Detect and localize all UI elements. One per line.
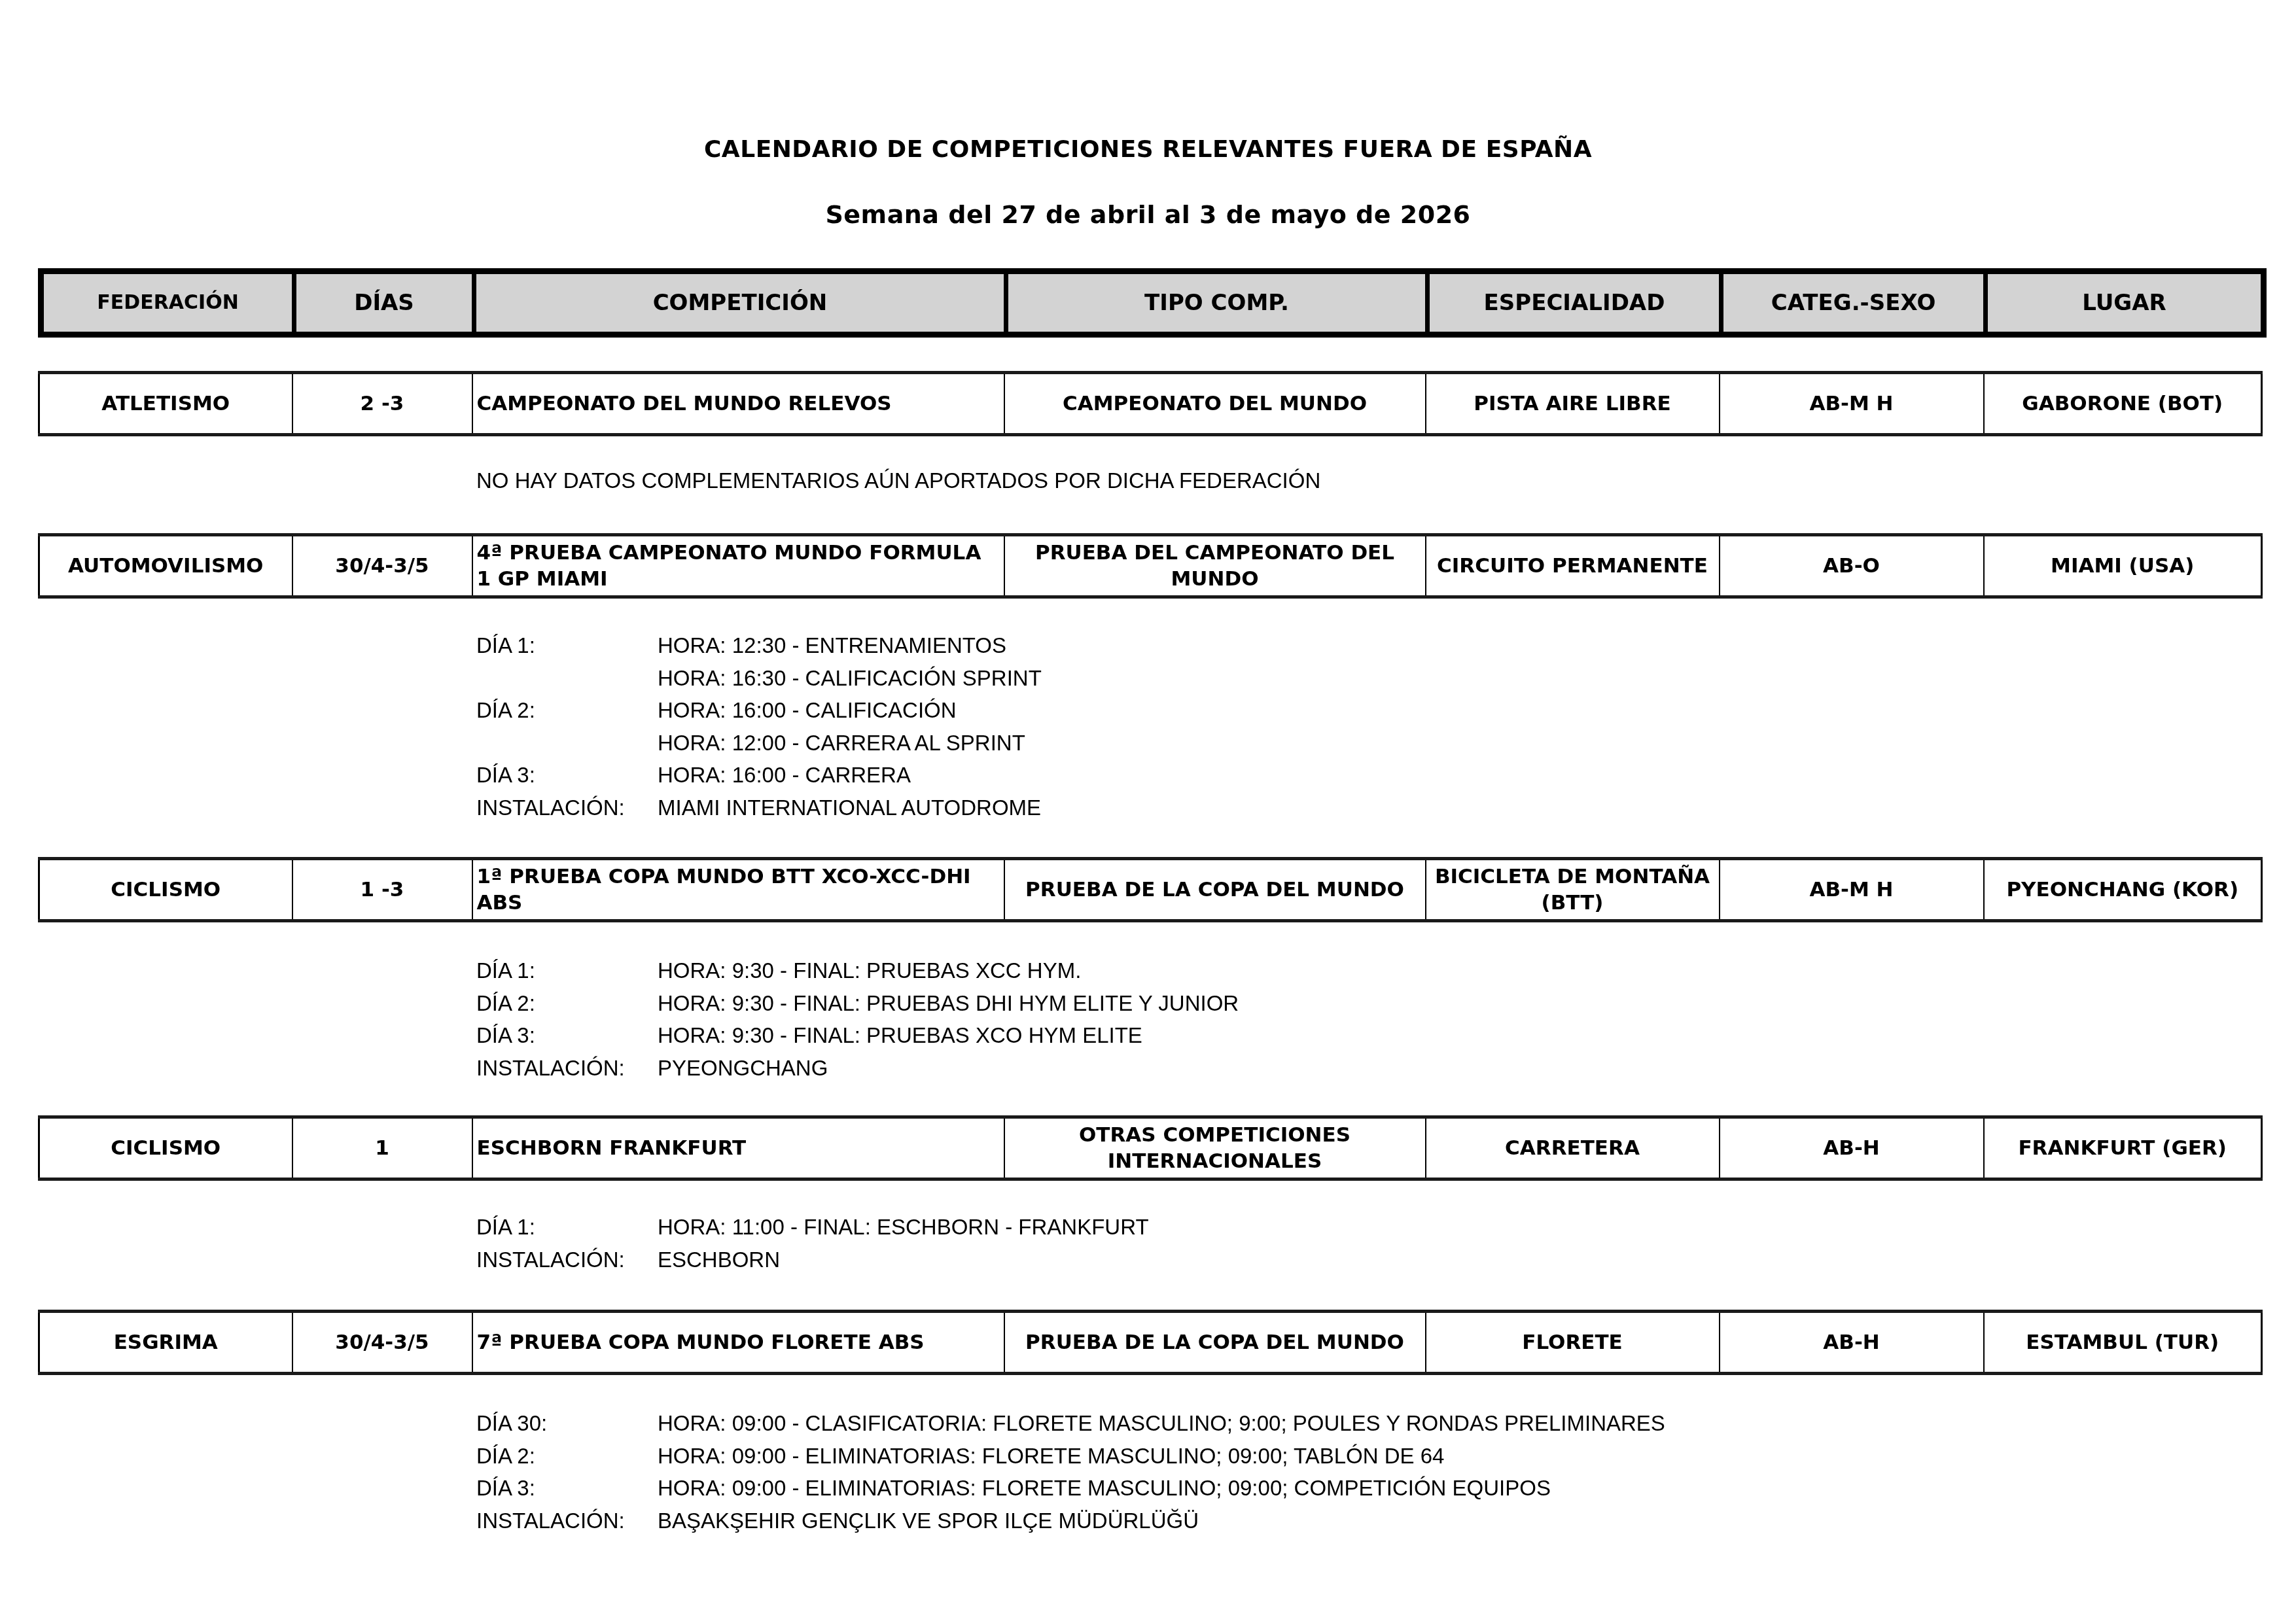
lugar-cell: ESTAMBUL (TUR) <box>1984 1312 2262 1374</box>
especialidad-cell: FLORETE <box>1426 1312 1720 1374</box>
header-categ-sexo: CATEG.-SEXO <box>1722 271 1986 335</box>
especialidad-cell: CIRCUITO PERMANENTE <box>1426 535 1720 597</box>
dias-cell: 30/4-3/5 <box>292 1312 472 1374</box>
schedule-value: ESCHBORN <box>658 1244 780 1276</box>
dias-cell: 1 -3 <box>292 859 472 921</box>
schedule-value: PYEONGCHANG <box>658 1052 828 1085</box>
document-title: CALENDARIO DE COMPETICIONES RELEVANTES F… <box>0 136 2296 163</box>
schedule-value: MIAMI INTERNATIONAL AUTODROME <box>658 792 1041 824</box>
schedule-label: DÍA 30: <box>476 1407 547 1440</box>
competicion-cell: ESCHBORN FRANKFURT <box>472 1117 1004 1179</box>
federacion-cell: ATLETISMO <box>39 373 292 435</box>
lugar-cell: MIAMI (USA) <box>1984 535 2262 597</box>
dias-cell: 2 -3 <box>292 373 472 435</box>
header-federacion: FEDERACIÓN <box>41 271 294 335</box>
especialidad-cell: CARRETERA <box>1426 1117 1720 1179</box>
schedule-value: HORA: 09:00 - ELIMINATORIAS: FLORETE MAS… <box>658 1440 1444 1473</box>
categ-sexo-cell: AB-H <box>1720 1117 1984 1179</box>
table-header: FEDERACIÓN DÍAS COMPETICIÓN TIPO COMP. E… <box>38 268 2267 338</box>
schedule-value: HORA: 09:00 - CLASIFICATORIA: FLORETE MA… <box>658 1407 1665 1440</box>
especialidad-cell: BICICLETA DE MONTAÑA (BTT) <box>1426 859 1720 921</box>
tipo-comp-cell: PRUEBA DEL CAMPEONATO DEL MUNDO <box>1004 535 1426 597</box>
schedule-value: HORA: 09:00 - ELIMINATORIAS: FLORETE MAS… <box>658 1472 1551 1505</box>
no-data-note: NO HAY DATOS COMPLEMENTARIOS AÚN APORTAD… <box>476 468 1320 493</box>
schedule-label: DÍA 2: <box>476 1440 535 1473</box>
schedule-label: INSTALACIÓN: <box>476 1505 625 1537</box>
lugar-cell: PYEONCHANG (KOR) <box>1984 859 2262 921</box>
schedule-label: DÍA 2: <box>476 694 535 727</box>
header-especialidad: ESPECIALIDAD <box>1428 271 1722 335</box>
schedule-value: HORA: 16:00 - CARRERA <box>658 759 911 792</box>
header-dias: DÍAS <box>294 271 474 335</box>
schedule-label: INSTALACIÓN: <box>476 1052 625 1085</box>
federacion-cell: CICLISMO <box>39 1117 292 1179</box>
schedule-label: DÍA 3: <box>476 1019 535 1052</box>
competicion-cell: 7ª PRUEBA COPA MUNDO FLORETE ABS <box>472 1312 1004 1374</box>
federacion-cell: CICLISMO <box>39 859 292 921</box>
schedule-label: DÍA 1: <box>476 1211 535 1244</box>
document-subtitle: Semana del 27 de abril al 3 de mayo de 2… <box>0 200 2296 229</box>
table-row: CICLISMO1ESCHBORN FRANKFURTOTRAS COMPETI… <box>38 1115 2263 1181</box>
tipo-comp-cell: PRUEBA DE LA COPA DEL MUNDO <box>1004 859 1426 921</box>
table-row: ESGRIMA30/4-3/57ª PRUEBA COPA MUNDO FLOR… <box>38 1310 2263 1375</box>
competicion-cell: 1ª PRUEBA COPA MUNDO BTT XCO-XCC-DHI ABS <box>472 859 1004 921</box>
dias-cell: 1 <box>292 1117 472 1179</box>
schedule-label: DÍA 1: <box>476 954 535 987</box>
competicion-cell: 4ª PRUEBA CAMPEONATO MUNDO FORMULA 1 GP … <box>472 535 1004 597</box>
categ-sexo-cell: AB-H <box>1720 1312 1984 1374</box>
federacion-cell: ESGRIMA <box>39 1312 292 1374</box>
table-row: ATLETISMO2 -3CAMPEONATO DEL MUNDO RELEVO… <box>38 371 2263 436</box>
schedule-label: DÍA 1: <box>476 629 535 662</box>
schedule-value: HORA: 12:00 - CARRERA AL SPRINT <box>658 727 1025 759</box>
dias-cell: 30/4-3/5 <box>292 535 472 597</box>
schedule-value: HORA: 9:30 - FINAL: PRUEBAS XCC HYM. <box>658 954 1081 987</box>
schedule-value: HORA: 9:30 - FINAL: PRUEBAS XCO HYM ELIT… <box>658 1019 1142 1052</box>
schedule-label: DÍA 3: <box>476 759 535 792</box>
tipo-comp-cell: PRUEBA DE LA COPA DEL MUNDO <box>1004 1312 1426 1374</box>
header-lugar: LUGAR <box>1986 271 2264 335</box>
especialidad-cell: PISTA AIRE LIBRE <box>1426 373 1720 435</box>
categ-sexo-cell: AB-M H <box>1720 859 1984 921</box>
schedule-value: HORA: 9:30 - FINAL: PRUEBAS DHI HYM ELIT… <box>658 987 1239 1020</box>
schedule-value: HORA: 12:30 - ENTRENAMIENTOS <box>658 629 1006 662</box>
table-row: CICLISMO1 -31ª PRUEBA COPA MUNDO BTT XCO… <box>38 857 2263 922</box>
schedule-value: HORA: 16:00 - CALIFICACIÓN <box>658 694 957 727</box>
header-tipo-comp: TIPO COMP. <box>1006 271 1428 335</box>
schedule-label: DÍA 2: <box>476 987 535 1020</box>
schedule-value: HORA: 16:30 - CALIFICACIÓN SPRINT <box>658 662 1042 695</box>
tipo-comp-cell: CAMPEONATO DEL MUNDO <box>1004 373 1426 435</box>
schedule-value: BAŞAKŞEHIR GENÇLIK VE SPOR ILÇE MÜDÜRLÜĞ… <box>658 1505 1199 1537</box>
lugar-cell: GABORONE (BOT) <box>1984 373 2262 435</box>
schedule-value: HORA: 11:00 - FINAL: ESCHBORN - FRANKFUR… <box>658 1211 1149 1244</box>
categ-sexo-cell: AB-M H <box>1720 373 1984 435</box>
schedule-label: INSTALACIÓN: <box>476 1244 625 1276</box>
federacion-cell: AUTOMOVILISMO <box>39 535 292 597</box>
schedule-label: INSTALACIÓN: <box>476 792 625 824</box>
tipo-comp-cell: OTRAS COMPETICIONES INTERNACIONALES <box>1004 1117 1426 1179</box>
table-row: AUTOMOVILISMO30/4-3/54ª PRUEBA CAMPEONAT… <box>38 533 2263 599</box>
competicion-cell: CAMPEONATO DEL MUNDO RELEVOS <box>472 373 1004 435</box>
schedule-label: DÍA 3: <box>476 1472 535 1505</box>
categ-sexo-cell: AB-O <box>1720 535 1984 597</box>
header-competicion: COMPETICIÓN <box>474 271 1006 335</box>
lugar-cell: FRANKFURT (GER) <box>1984 1117 2262 1179</box>
